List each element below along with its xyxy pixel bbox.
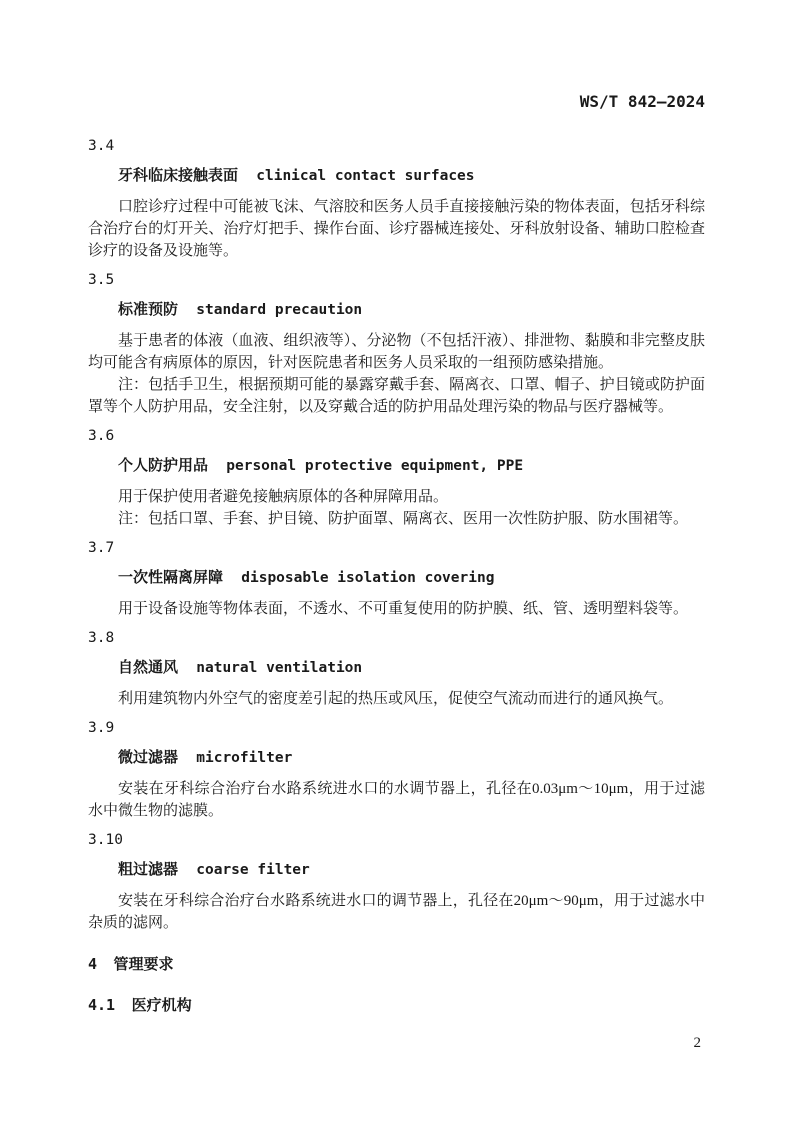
- term-english: standard precaution: [196, 302, 362, 318]
- term-chinese: 一次性隔离屏障: [118, 569, 223, 586]
- term-heading: 一次性隔离屏障 disposable isolation covering: [88, 568, 705, 588]
- term-heading: 标准预防 standard precaution: [88, 300, 705, 320]
- definition-text: 基于患者的体液（血液、组织液等）、分泌物（不包括汗液）、排泄物、黏膜和非完整皮肤…: [88, 330, 705, 374]
- heading-management-requirements: 4管理要求: [88, 954, 705, 975]
- term-english: disposable isolation covering: [241, 570, 494, 586]
- section-3-10: 3.10 粗过滤器 coarse filter 安装在牙科综合治疗台水路系统进水…: [88, 830, 705, 934]
- term-heading: 个人防护用品 personal protective equipment, PP…: [88, 456, 705, 476]
- definition-text: 用于保护使用者避免接触病原体的各种屏障用品。: [88, 486, 705, 508]
- term-chinese: 标准预防: [118, 301, 178, 318]
- definition-text: 用于设备设施等物体表面，不透水、不可重复使用的防护膜、纸、管、透明塑料袋等。: [88, 598, 705, 620]
- definition-text: 口腔诊疗过程中可能被飞沫、气溶胶和医务人员手直接接触污染的物体表面，包括牙科综合…: [88, 196, 705, 262]
- page-number: 2: [694, 1035, 702, 1052]
- section-3-9: 3.9 微过滤器 microfilter 安装在牙科综合治疗台水路系统进水口的水…: [88, 718, 705, 822]
- term-chinese: 粗过滤器: [118, 861, 178, 878]
- term-chinese: 微过滤器: [118, 749, 178, 766]
- term-chinese: 牙科临床接触表面: [118, 167, 238, 184]
- term-english: clinical contact surfaces: [256, 168, 474, 184]
- term-heading: 自然通风 natural ventilation: [88, 658, 705, 678]
- heading-title: 医疗机构: [132, 997, 192, 1014]
- section-3-8: 3.8 自然通风 natural ventilation 利用建筑物内外空气的密…: [88, 628, 705, 710]
- section-number: 3.7: [88, 538, 705, 558]
- heading-number: 4: [88, 955, 97, 973]
- section-number: 3.4: [88, 136, 705, 156]
- heading-number: 4.1: [88, 996, 115, 1014]
- section-3-4: 3.4 牙科临床接触表面 clinical contact surfaces 口…: [88, 136, 705, 262]
- section-number: 3.9: [88, 718, 705, 738]
- section-number: 3.6: [88, 426, 705, 446]
- note-text: 注：包括口罩、手套、护目镜、防护面罩、隔离衣、医用一次性防护服、防水围裙等。: [88, 508, 705, 530]
- doc-number: WS/T 842—2024: [580, 92, 705, 111]
- section-number: 3.10: [88, 830, 705, 850]
- term-chinese: 个人防护用品: [118, 457, 208, 474]
- term-heading: 粗过滤器 coarse filter: [88, 860, 705, 880]
- definition-text: 安装在牙科综合治疗台水路系统进水口的水调节器上，孔径在0.03μm～10μm，用…: [88, 778, 705, 822]
- term-english: coarse filter: [196, 862, 310, 878]
- term-english: personal protective equipment, PPE: [226, 458, 523, 474]
- heading-title: 管理要求: [114, 956, 174, 973]
- term-english: natural ventilation: [196, 660, 362, 676]
- section-3-6: 3.6 个人防护用品 personal protective equipment…: [88, 426, 705, 530]
- section-number: 3.5: [88, 270, 705, 290]
- section-3-5: 3.5 标准预防 standard precaution 基于患者的体液（血液、…: [88, 270, 705, 418]
- section-3-7: 3.7 一次性隔离屏障 disposable isolation coverin…: [88, 538, 705, 620]
- section-number: 3.8: [88, 628, 705, 648]
- term-english: microfilter: [196, 750, 292, 766]
- note-text: 注：包括手卫生，根据预期可能的暴露穿戴手套、隔离衣、口罩、帽子、护目镜或防护面罩…: [88, 374, 705, 418]
- heading-medical-institution: 4.1医疗机构: [88, 995, 705, 1016]
- document-header: WS/T 842—2024: [88, 92, 705, 112]
- definition-text: 安装在牙科综合治疗台水路系统进水口的调节器上，孔径在20μm～90μm，用于过滤…: [88, 890, 705, 934]
- term-heading: 牙科临床接触表面 clinical contact surfaces: [88, 166, 705, 186]
- term-heading: 微过滤器 microfilter: [88, 748, 705, 768]
- definition-text: 利用建筑物内外空气的密度差引起的热压或风压，促使空气流动而进行的通风换气。: [88, 688, 705, 710]
- term-chinese: 自然通风: [118, 659, 178, 676]
- document-page: WS/T 842—2024 3.4 牙科临床接触表面 clinical cont…: [0, 0, 793, 1122]
